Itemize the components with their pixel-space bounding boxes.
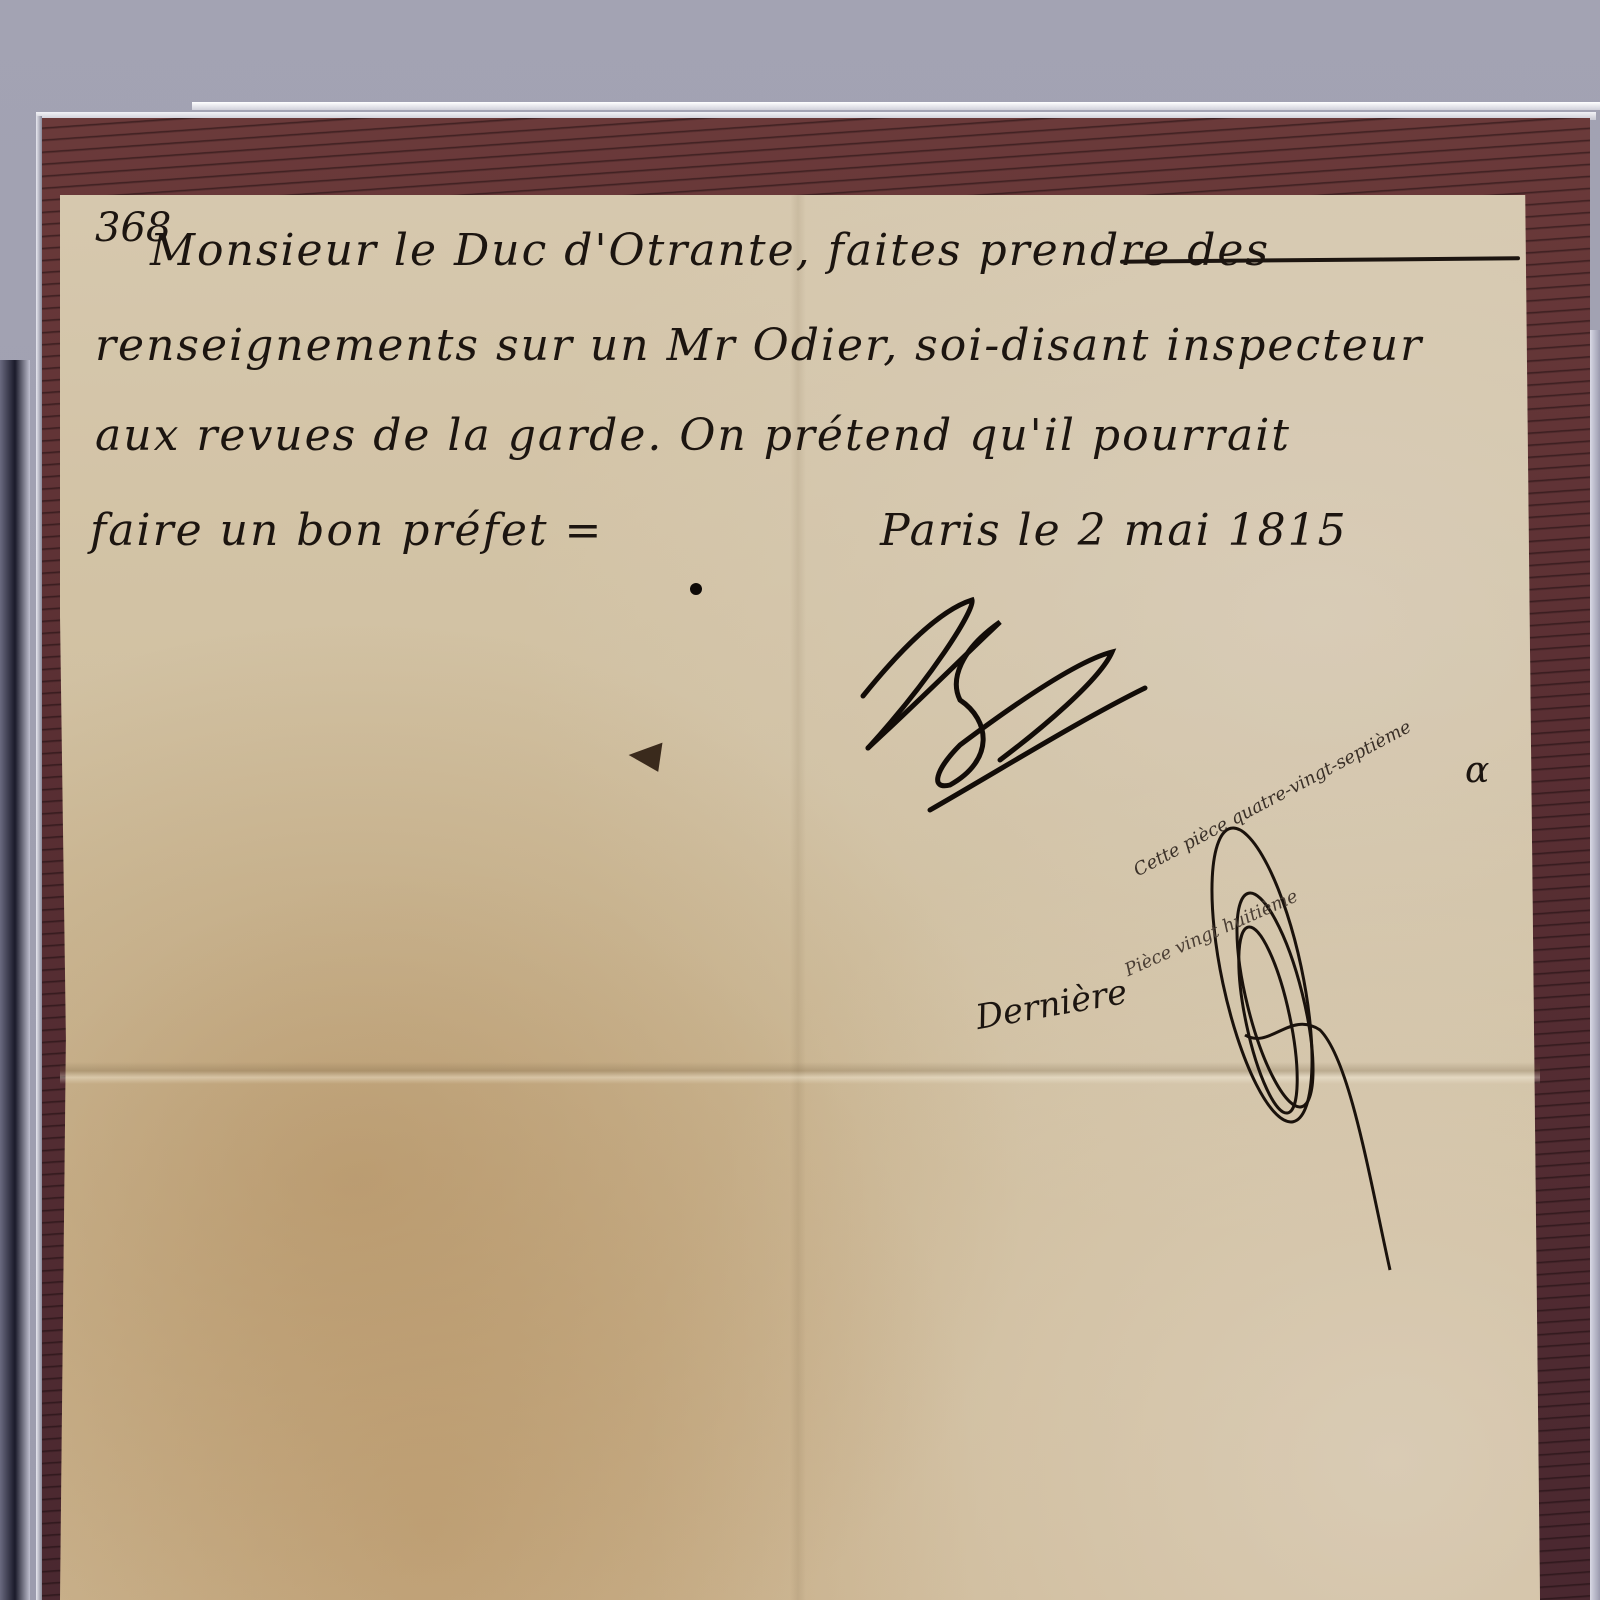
- signature-strokes: [0, 0, 1600, 1600]
- signature-icon: [863, 600, 1145, 810]
- margin-mark: α: [1465, 750, 1489, 791]
